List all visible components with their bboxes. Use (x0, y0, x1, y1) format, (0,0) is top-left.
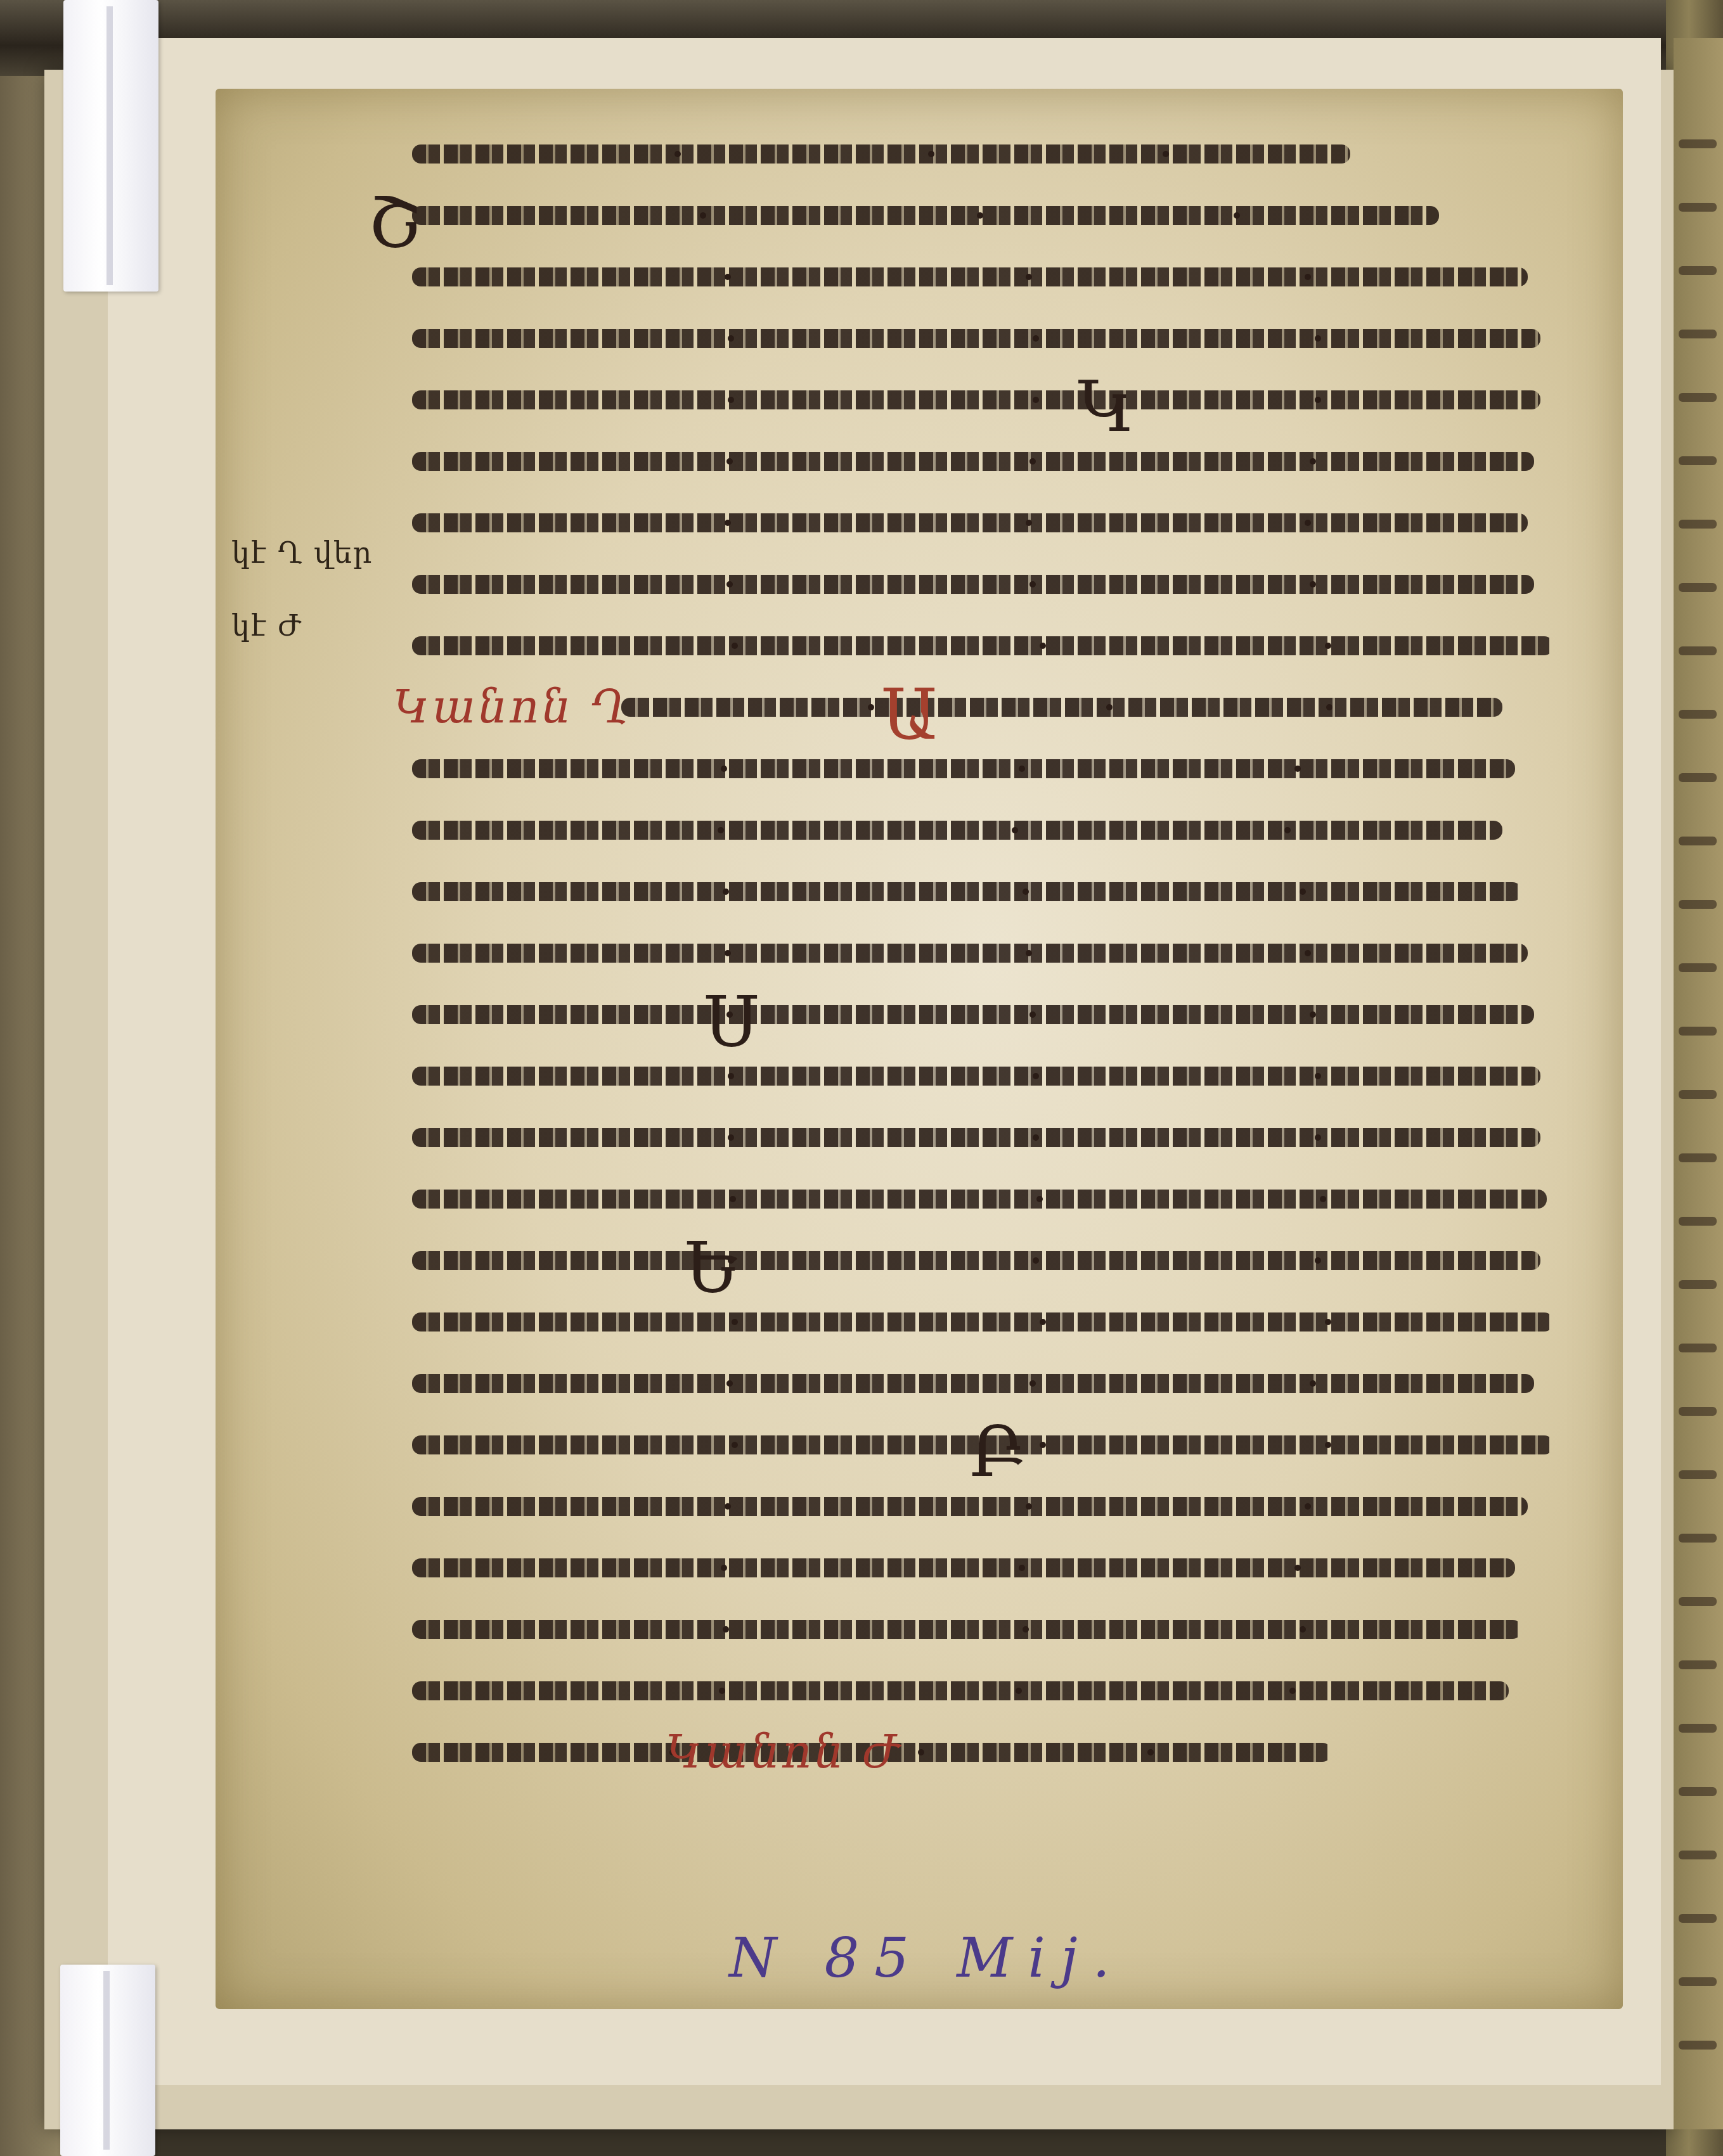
facing-page-text (1679, 773, 1717, 782)
punctuation-dot (1305, 274, 1311, 280)
punctuation-dot (1315, 335, 1321, 342)
punctuation-dot (1326, 704, 1333, 710)
punctuation-dot (1310, 581, 1316, 587)
punctuation-dot (1029, 458, 1036, 465)
facing-page-text (1679, 456, 1717, 465)
manuscript-line (412, 612, 1553, 674)
manuscript-line: Ս (412, 981, 1553, 1043)
facing-page-text (1679, 393, 1717, 402)
facing-page-text (1679, 963, 1717, 972)
punctuation-dot (1320, 1196, 1326, 1202)
handwritten-text (412, 1312, 1553, 1331)
facing-page-text (1679, 837, 1717, 845)
punctuation-dot (726, 458, 733, 465)
punctuation-dot (977, 212, 983, 219)
manuscript-line: Ե (412, 1227, 1553, 1288)
facing-page-text (1679, 1027, 1717, 1036)
facing-page-text (1679, 1724, 1717, 1733)
punctuation-dot (723, 1626, 729, 1633)
handwritten-text (412, 1251, 1540, 1270)
punctuation-dot (1029, 581, 1036, 587)
punctuation-dot (726, 1380, 733, 1387)
punctuation-dot (1026, 520, 1032, 526)
facing-page-text (1679, 1534, 1717, 1543)
punctuation-dot (1310, 1380, 1316, 1387)
manuscript-line (412, 428, 1553, 489)
manuscript-line (412, 120, 1553, 182)
punctuation-dot (1325, 643, 1331, 649)
manuscript-line (412, 1043, 1553, 1104)
punctuation-dot (1289, 1688, 1296, 1694)
punctuation-dot (732, 1442, 738, 1448)
punctuation-dot (725, 950, 731, 956)
punctuation-dot (726, 581, 733, 587)
manuscript-line (412, 1596, 1553, 1657)
punctuation-dot (1310, 1011, 1316, 1018)
punctuation-dot (1019, 1565, 1025, 1571)
manuscript-line (412, 735, 1553, 797)
handwritten-text (412, 944, 1528, 963)
handwritten-text (412, 1681, 1509, 1700)
punctuation-dot (1147, 1749, 1154, 1755)
handwritten-text (412, 1497, 1528, 1516)
facing-page-text (1679, 583, 1717, 592)
punctuation-dot (1305, 950, 1311, 956)
punctuation-dot (918, 1749, 924, 1755)
punctuation-dot (1033, 1257, 1039, 1264)
handwritten-text (412, 1128, 1540, 1147)
punctuation-dot (1040, 1319, 1046, 1325)
manuscript-line: Բ (412, 1411, 1553, 1473)
punctuation-dot (1305, 520, 1311, 526)
punctuation-dot (1040, 1442, 1046, 1448)
manuscript-line (412, 858, 1553, 920)
text-block: ՇԿԿանոն ՂԱՍԵԲԿանոն Ժ (412, 120, 1553, 1780)
facing-page-text (1679, 1217, 1717, 1226)
facing-page-text (1679, 520, 1717, 529)
facing-page-text (1679, 1344, 1717, 1352)
punctuation-dot (1294, 1565, 1301, 1571)
punctuation-dot (1315, 1257, 1321, 1264)
punctuation-dot (1033, 1134, 1039, 1141)
punctuation-dot (1016, 1688, 1022, 1694)
handwritten-text (412, 267, 1528, 286)
facing-page-text (1679, 1090, 1717, 1099)
punctuation-dot (1033, 335, 1039, 342)
manuscript-line (412, 1534, 1553, 1596)
manuscript-line (412, 489, 1553, 551)
manuscript-line (412, 1165, 1553, 1227)
facing-page-text (1679, 203, 1717, 212)
punctuation-dot (1315, 1073, 1321, 1079)
punctuation-dot (1040, 643, 1046, 649)
punctuation-dot (718, 827, 724, 833)
facing-page-text (1679, 1977, 1717, 1986)
manuscript-line: Կանոն Ժ (412, 1719, 1553, 1780)
manuscript-line (412, 1288, 1553, 1350)
manuscript-line (412, 551, 1553, 612)
punctuation-dot (1305, 1503, 1311, 1510)
punctuation-dot (1234, 212, 1240, 219)
punctuation-dot (1029, 1380, 1036, 1387)
shelfmark: N 85 Mij. (729, 1927, 1125, 1990)
red-rubric: Կանոն Ժ (666, 1725, 903, 1778)
punctuation-dot (1019, 766, 1025, 772)
punctuation-dot (1026, 274, 1032, 280)
handwritten-text (412, 1067, 1540, 1086)
facing-page-text (1679, 1470, 1717, 1479)
manuscript-line (412, 305, 1553, 366)
handwritten-text (412, 759, 1515, 778)
facing-page-text (1679, 1660, 1717, 1669)
punctuation-dot (1026, 1503, 1032, 1510)
handwritten-text (412, 1620, 1521, 1639)
red-rubric: Կանոն Ղ (393, 680, 631, 733)
handwritten-text (412, 821, 1502, 840)
facing-page-text (1679, 139, 1717, 148)
facing-page-text (1679, 1787, 1717, 1796)
punctuation-dot (1033, 397, 1039, 403)
facing-page-text (1679, 1597, 1717, 1606)
handwritten-text (412, 390, 1540, 409)
manuscript-line (412, 1350, 1553, 1411)
punctuation-dot (1315, 1134, 1321, 1141)
paper-clip-top (63, 0, 158, 292)
punctuation-dot (1023, 1626, 1029, 1633)
margin-note-1: կէ Ղ վեր (231, 536, 373, 570)
facing-page-edge (1674, 38, 1723, 2129)
facing-page-text (1679, 1851, 1717, 1859)
manuscript-line (412, 920, 1553, 981)
handwritten-text (412, 1005, 1534, 1024)
punctuation-dot (928, 151, 934, 157)
manuscript-line: Կ (412, 366, 1553, 428)
punctuation-dot (725, 274, 731, 280)
handwritten-text (412, 636, 1553, 655)
punctuation-dot (700, 212, 706, 219)
punctuation-dot (1310, 458, 1316, 465)
margin-note-2: կէ Ժ (231, 608, 303, 643)
handwritten-text (412, 882, 1521, 901)
punctuation-dot (1036, 1196, 1043, 1202)
punctuation-dot (1033, 1073, 1039, 1079)
paper-clip-bottom (60, 1965, 155, 2156)
handwritten-text (621, 698, 1502, 717)
punctuation-dot (1325, 1442, 1331, 1448)
facing-page-text (1679, 266, 1717, 275)
facing-page-text (1679, 330, 1717, 338)
punctuation-dot (1163, 151, 1169, 157)
punctuation-dot (1325, 1319, 1331, 1325)
manuscript-line (412, 1473, 1553, 1534)
punctuation-dot (1315, 397, 1321, 403)
facing-page-text (1679, 1153, 1717, 1162)
manuscript-line: Կանոն ՂԱ (412, 674, 1553, 735)
handwritten-text (412, 1374, 1534, 1393)
punctuation-dot (723, 889, 729, 895)
handwritten-text (412, 144, 1350, 164)
punctuation-dot (1300, 889, 1306, 895)
punctuation-dot (1029, 1011, 1036, 1018)
manuscript-line (412, 1104, 1553, 1165)
punctuation-dot (725, 1503, 731, 1510)
handwritten-text (412, 575, 1534, 594)
facing-page-text (1679, 710, 1717, 719)
handwritten-text (412, 1558, 1515, 1577)
facing-page-text (1679, 2041, 1717, 2050)
punctuation-dot (725, 520, 731, 526)
punctuation-dot (732, 643, 738, 649)
punctuation-dot (1300, 1626, 1306, 1633)
manuscript-line (412, 243, 1553, 305)
punctuation-dot (1284, 827, 1291, 833)
punctuation-dot (1294, 766, 1301, 772)
punctuation-dot (1023, 889, 1029, 895)
manuscript-line: Շ (412, 182, 1553, 243)
punctuation-dot (1026, 950, 1032, 956)
handwritten-text (412, 329, 1540, 348)
handwritten-text (412, 452, 1534, 471)
handwritten-text (412, 1190, 1547, 1209)
handwritten-text (412, 513, 1528, 532)
facing-page-text (1679, 900, 1717, 909)
facing-page-text (1679, 646, 1717, 655)
punctuation-dot (732, 1319, 738, 1325)
handwritten-text (412, 206, 1439, 225)
manuscript-line (412, 1657, 1553, 1719)
punctuation-dot (1106, 704, 1113, 710)
punctuation-dot (1012, 827, 1018, 833)
facing-page-text (1679, 1407, 1717, 1416)
manuscript-line (412, 797, 1553, 858)
facing-page-text (1679, 1280, 1717, 1289)
facing-page-text (1679, 1914, 1717, 1923)
